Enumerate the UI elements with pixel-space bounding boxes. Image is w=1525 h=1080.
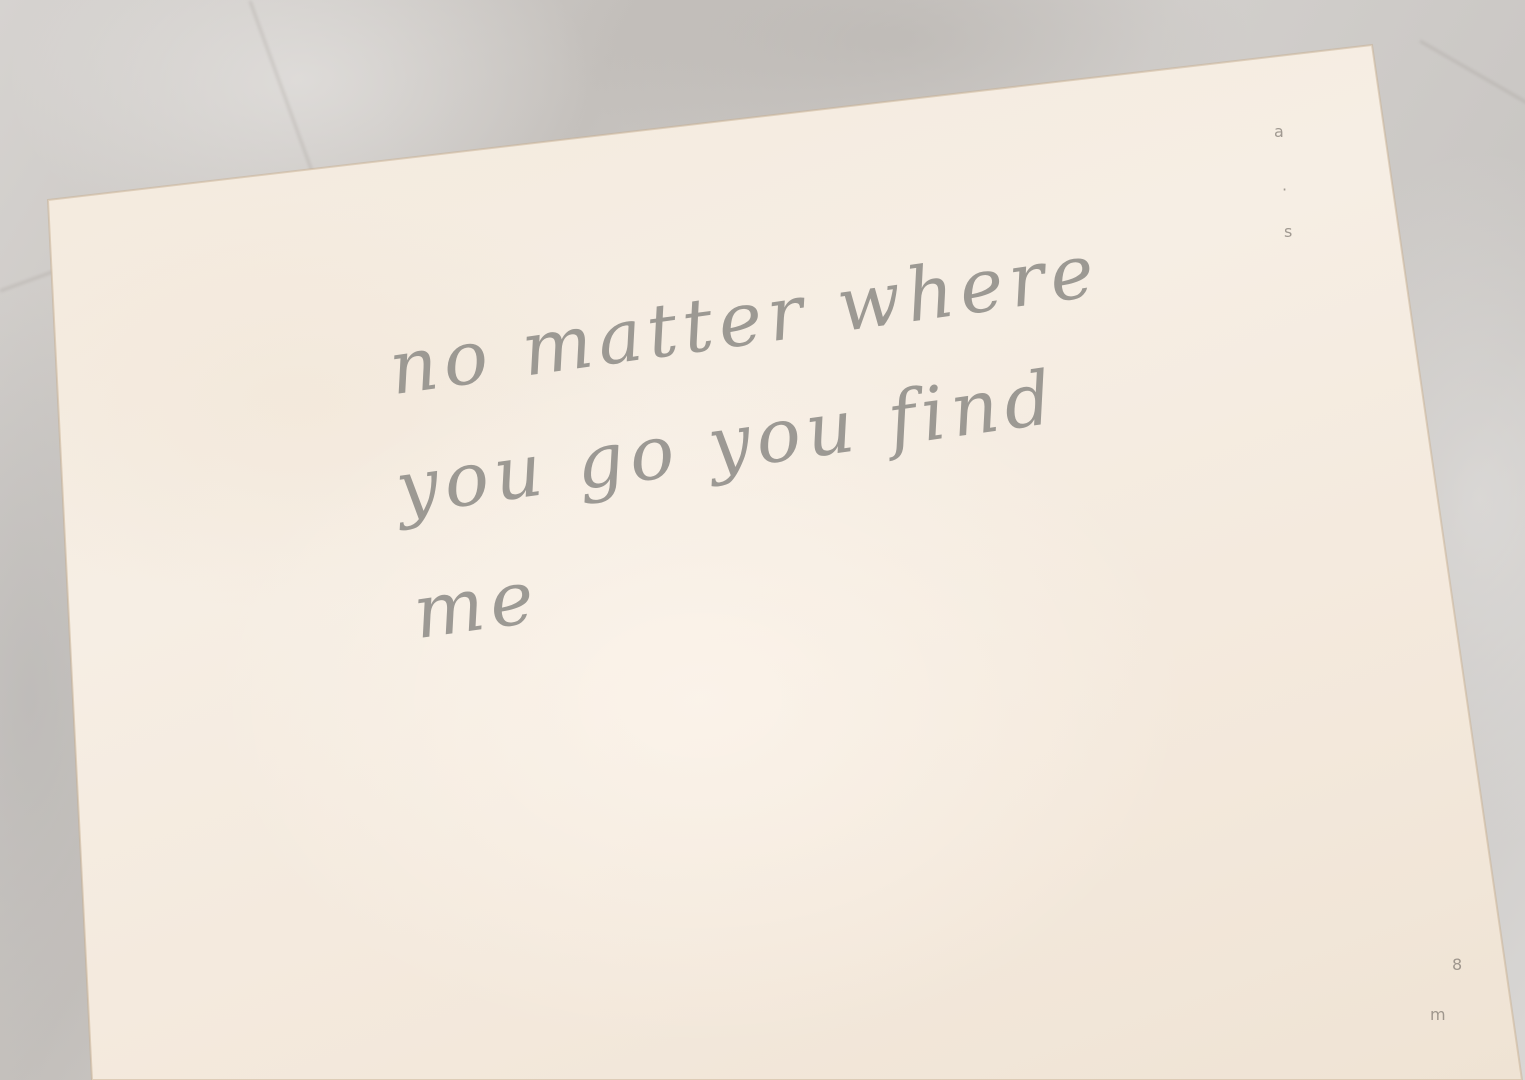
margin-mark: · [1282, 180, 1287, 199]
note-line-3: me [408, 553, 545, 656]
margin-mark: m [1430, 1005, 1446, 1024]
handwritten-note: no matter where you go you find me [360, 172, 1318, 637]
margin-mark: s [1284, 222, 1292, 241]
margin-mark: a [1274, 122, 1284, 141]
margin-mark: 8 [1452, 955, 1462, 974]
